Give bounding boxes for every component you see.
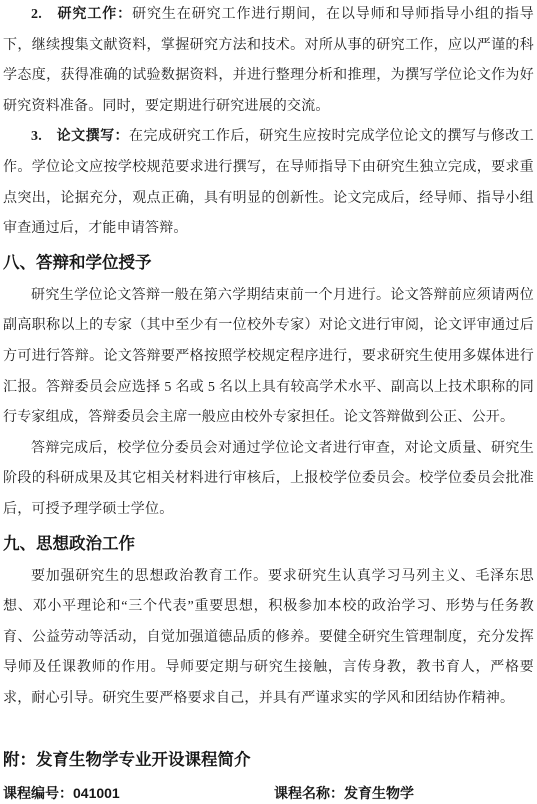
paragraph-thesis-writing: 3. 论文撰写：在完成研究工作后，研究生应按时完成学位论文的撰写与修改工作。学位…	[3, 122, 534, 244]
paragraph-research-work-lead: 2. 研究工作：	[31, 7, 132, 22]
document-page: 2. 研究工作：研究生在研究工作进行期间，在以导师和导师指导小组的指导下，继续搜…	[0, 0, 537, 804]
paragraph-degree-review: 答辩完成后，校学位分委员会对通过学位论文者进行审查，对论文质量、研究生阶段的科研…	[3, 434, 534, 526]
attachment-heading: 附：发育生物学专业开设课程简介	[3, 742, 534, 778]
paragraph-political-education: 要加强研究生的思想政治教育工作。要求研究生认真学习马列主义、毛泽东思想、邓小平理…	[3, 562, 534, 715]
course-number-value: 041001	[73, 785, 120, 801]
course-name: 课程名称：发育生物学	[274, 778, 414, 804]
course-number-label: 课程编号：	[3, 785, 73, 801]
paragraph-defense-procedure: 研究生学位论文答辩一般在第六学期结束前一个月进行。论文答辩前应须请两位副高职称以…	[3, 281, 534, 434]
paragraph-thesis-writing-body: 在完成研究工作后，研究生应按时完成学位论文的撰写与修改工作。学位论文应按学校规范…	[3, 129, 534, 236]
course-number: 课程编号：041001	[3, 778, 274, 804]
section-heading-defense-degree: 八、答辩和学位授予	[3, 245, 534, 281]
course-info-row: 课程编号：041001 课程名称：发育生物学	[3, 778, 534, 804]
course-name-label: 课程名称：	[274, 785, 344, 801]
section-heading-political-work: 九、思想政治工作	[3, 526, 534, 562]
course-name-value: 发育生物学	[344, 785, 414, 801]
paragraph-research-work: 2. 研究工作：研究生在研究工作进行期间，在以导师和导师指导小组的指导下，继续搜…	[3, 0, 534, 122]
paragraph-thesis-writing-lead: 3. 论文撰写：	[31, 129, 129, 144]
paragraph-research-work-body: 研究生在研究工作进行期间，在以导师和导师指导小组的指导下，继续搜集文献资料，掌握…	[3, 7, 534, 114]
